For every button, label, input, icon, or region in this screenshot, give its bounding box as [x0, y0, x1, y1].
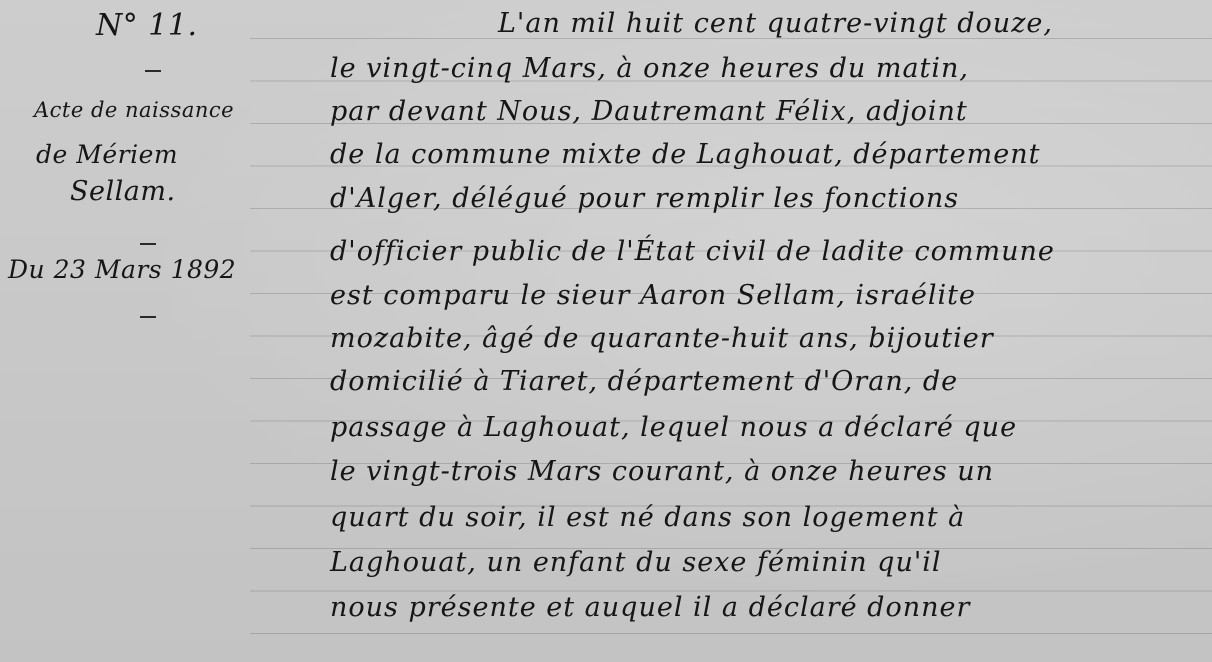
separator-dash — [145, 70, 161, 72]
body-line: domicilié à Tiaret, département d'Oran, … — [330, 366, 958, 397]
body-line: L'an mil huit cent quatre-vingt douze, — [498, 8, 1053, 39]
record-title-line-2: de Mériem — [36, 140, 178, 169]
body-line: passage à Laghouat, lequel nous a déclar… — [330, 412, 1017, 443]
record-number: N° 11. — [96, 8, 198, 43]
body-line: est comparu le sieur Aaron Sellam, israé… — [330, 280, 976, 311]
body-line: le vingt-trois Mars courant, à onze heur… — [330, 456, 994, 487]
margin-column: N° 11. Acte de naissance de Mériem Sella… — [0, 0, 300, 662]
document-page: N° 11. Acte de naissance de Mériem Sella… — [0, 0, 1212, 662]
record-title-line-1: Acte de naissance — [34, 98, 234, 122]
record-body: L'an mil huit cent quatre-vingt douze, l… — [330, 0, 1212, 662]
body-line: nous présente et auquel il a déclaré don… — [330, 592, 970, 623]
body-line: d'officier public de l'État civil de lad… — [330, 236, 1055, 267]
body-line: de la commune mixte de Laghouat, départe… — [330, 139, 1040, 170]
body-line: par devant Nous, Dautremant Félix, adjoi… — [330, 96, 968, 127]
body-line: d'Alger, délégué pour remplir les foncti… — [330, 183, 959, 214]
body-line: le vingt-cinq Mars, à onze heures du mat… — [330, 53, 969, 84]
separator-dash — [140, 243, 156, 245]
separator-dash — [140, 316, 156, 318]
record-date: Du 23 Mars 1892 — [8, 255, 236, 284]
body-line: mozabite, âgé de quarante-huit ans, bijo… — [330, 323, 994, 354]
record-title-line-3: Sellam. — [70, 176, 176, 207]
body-line: quart du soir, il est né dans son logeme… — [330, 502, 965, 533]
body-line: Laghouat, un enfant du sexe féminin qu'i… — [330, 547, 942, 578]
